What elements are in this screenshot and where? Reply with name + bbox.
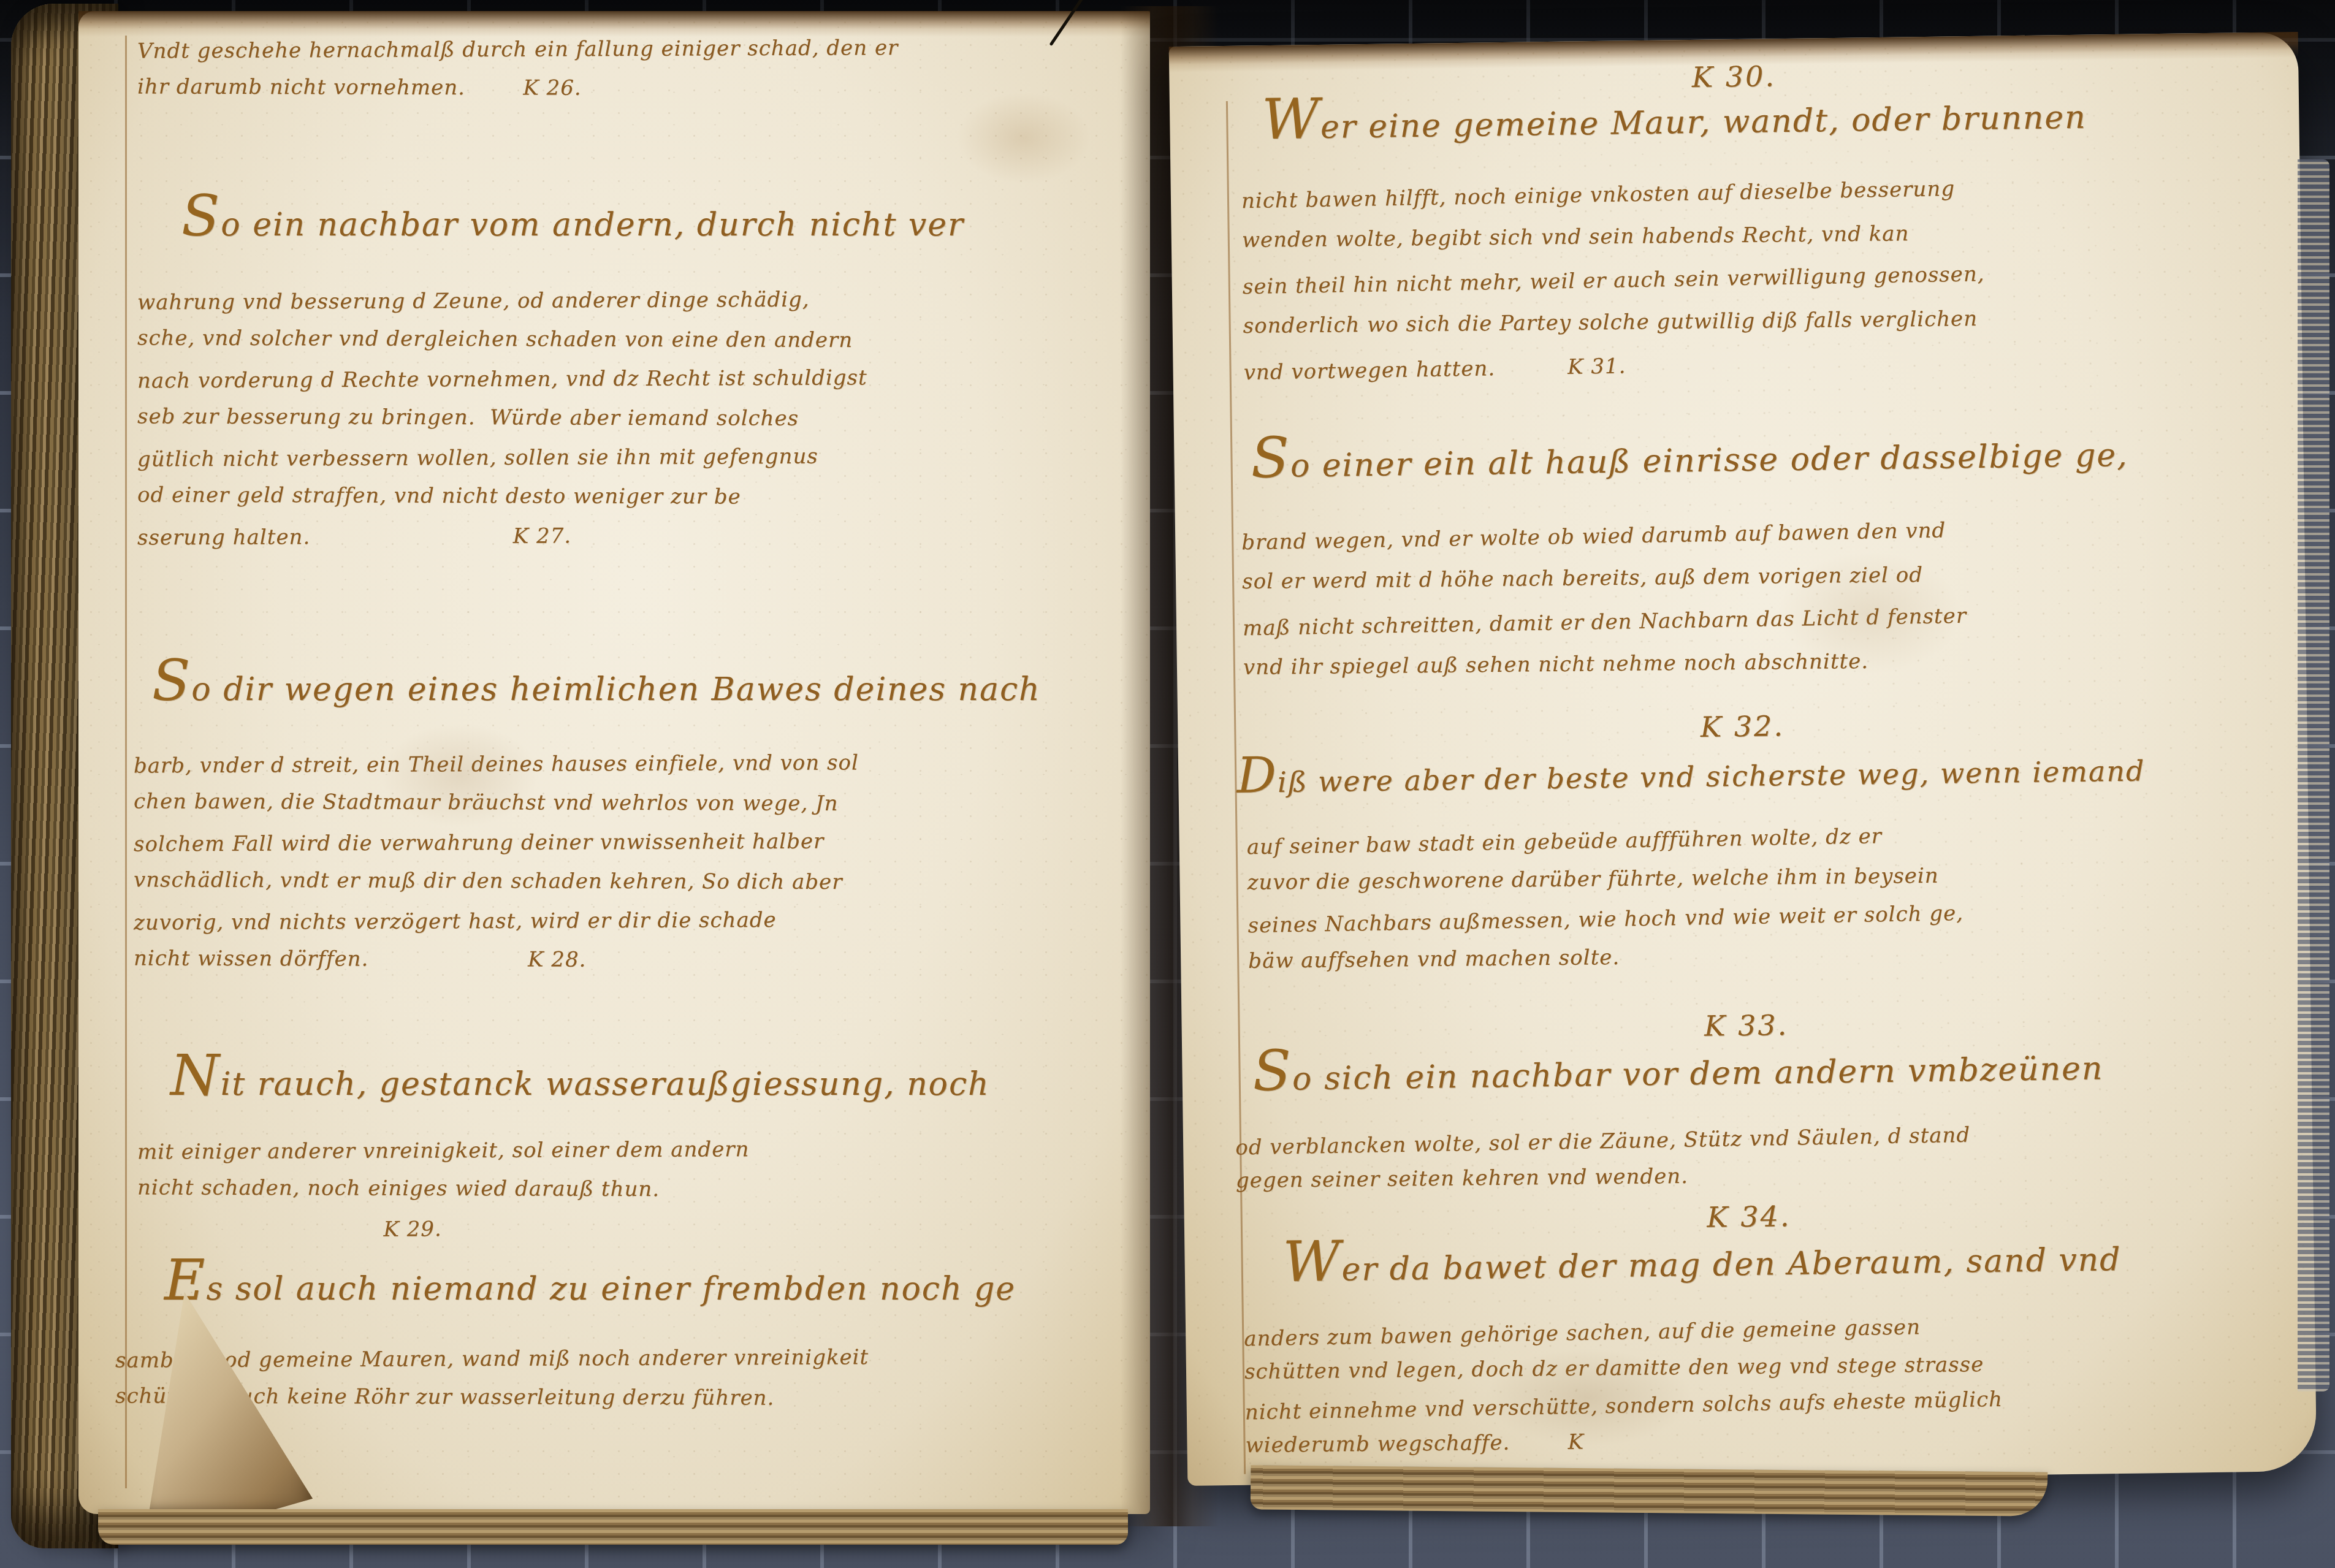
manuscript-text-line: chen bawen, die Stadtmaur bräuchst vnd w… [134,782,1127,824]
right-page: K 30. Wer eine gemeine Maur, wandt, oder… [1169,32,2317,1486]
section-body-k30: nicht bawen hilfft, noch einige vnkosten… [1241,164,2261,392]
section-heading-left-last: Es sol auch niemand zu einer frembden no… [164,1259,1016,1307]
manuscript-text-line: nicht wissen dörffen. K 28. [134,938,1127,981]
section-heading-k32: Diß were aber der beste vnd sicherste we… [1236,744,2146,799]
manuscript-text-line: vnschädlich, vndt er muß dir den schaden… [134,860,1127,902]
manuscript-text-line: sche, vnd solcher vnd dergleichen schade… [137,318,1124,360]
section-heading-k29: Nit rauch, gestanck wasseraußgiessung, n… [170,1054,990,1103]
section-body-left-last: sambten, od gemeine Mauren, wand miß noc… [115,1339,1133,1417]
section-body-k32: auf seiner baw stadt ein gebeüde aufffüh… [1246,812,2278,983]
section-body-k28: barb, vnder d streit, ein Theil deines h… [134,744,1127,980]
section-body-k33: od verblancken wolte, sol er die Zäune, … [1235,1114,2278,1201]
manuscript-text-line: od einer geld straffen, vnd nicht desto … [137,475,1124,517]
manuscript-text-line: barb, vnder d streit, ein Theil deines h… [134,742,1127,785]
section-heading-k33: So sich ein nachbar vor dem andern vmbze… [1252,1038,2104,1098]
manuscript-text-line: solchem Fall wird die verwahrung deiner … [134,820,1127,864]
article-marker-k33: K 33. [1181,1002,2311,1049]
section-body-k29: mit einiger anderer vnreinigkeit, sol ei… [137,1130,1118,1248]
section-heading-k31: So einer ein alt hauß einrisse oder dass… [1251,425,2128,485]
section-heading-k34: Wer da bawet der mag den Aberaum, sand v… [1282,1230,2122,1289]
section-body-k31: brand wegen, vnd er wolte ob wied darumb… [1241,506,2274,691]
manuscript-text-line: gütlich nicht verbessern wollen, sollen … [137,435,1124,479]
page-edges-bottom-left [98,1509,1128,1545]
article-marker-k32: K 32. [1178,702,2307,750]
manuscript-photo: Vndt geschehe hernachmalß durch ein fall… [0,0,2335,1568]
manuscript-text-line: nicht schaden, noch einiges wied darauß … [137,1168,1118,1210]
section-body-k34: anders zum bawen gehörige sachen, auf di… [1244,1304,2288,1465]
manuscript-text-line: K 29. [137,1207,1118,1250]
manuscript-text-line: schütten, auch keine Röhr zur wasserleit… [115,1376,1133,1418]
article-marker-k34: K 34. [1184,1193,2314,1241]
manuscript-text-line: mit einiger anderer vnreinigkeit, sol ei… [137,1128,1118,1172]
section-body-k27: wahrung vnd besserung d Zeune, od andere… [137,281,1124,555]
manuscript-text-line: sserung halten. K 27. [137,514,1124,557]
left-intro-paragraph: Vndt geschehe hernachmalß durch ein fall… [137,29,1118,108]
left-page: Vndt geschehe hernachmalß durch ein fall… [78,11,1150,1514]
section-heading-k27: So ein nachbar vom andern, durch nicht v… [181,195,964,243]
manuscript-text-line: wahrung vnd besserung d Zeune, od andere… [137,278,1124,322]
manuscript-text-line: Vndt geschehe hernachmalß durch ein fall… [137,28,1118,71]
page-edges-bottom-right [1251,1465,2048,1516]
left-page-margin-rule [125,36,127,1488]
section-heading-k28: So dir wegen eines heimlichen Bawes dein… [152,660,1041,708]
manuscript-text-line: zuvorig, vnd nichts verzögert hast, wird… [134,899,1127,942]
book-fore-edge-right [2298,159,2329,1391]
section-heading-k30: Wer eine gemeine Maur, wandt, oder brunn… [1262,88,2087,147]
manuscript-text-line: seb zur besserung zu bringen. Würde aber… [137,397,1124,439]
manuscript-text-line: ihr darumb nicht vornehmen. K 26. [137,67,1118,109]
manuscript-text-line: sambten, od gemeine Mauren, wand miß noc… [115,1336,1133,1380]
manuscript-text-line: nach vorderung d Rechte vornehmen, vnd d… [137,357,1124,400]
